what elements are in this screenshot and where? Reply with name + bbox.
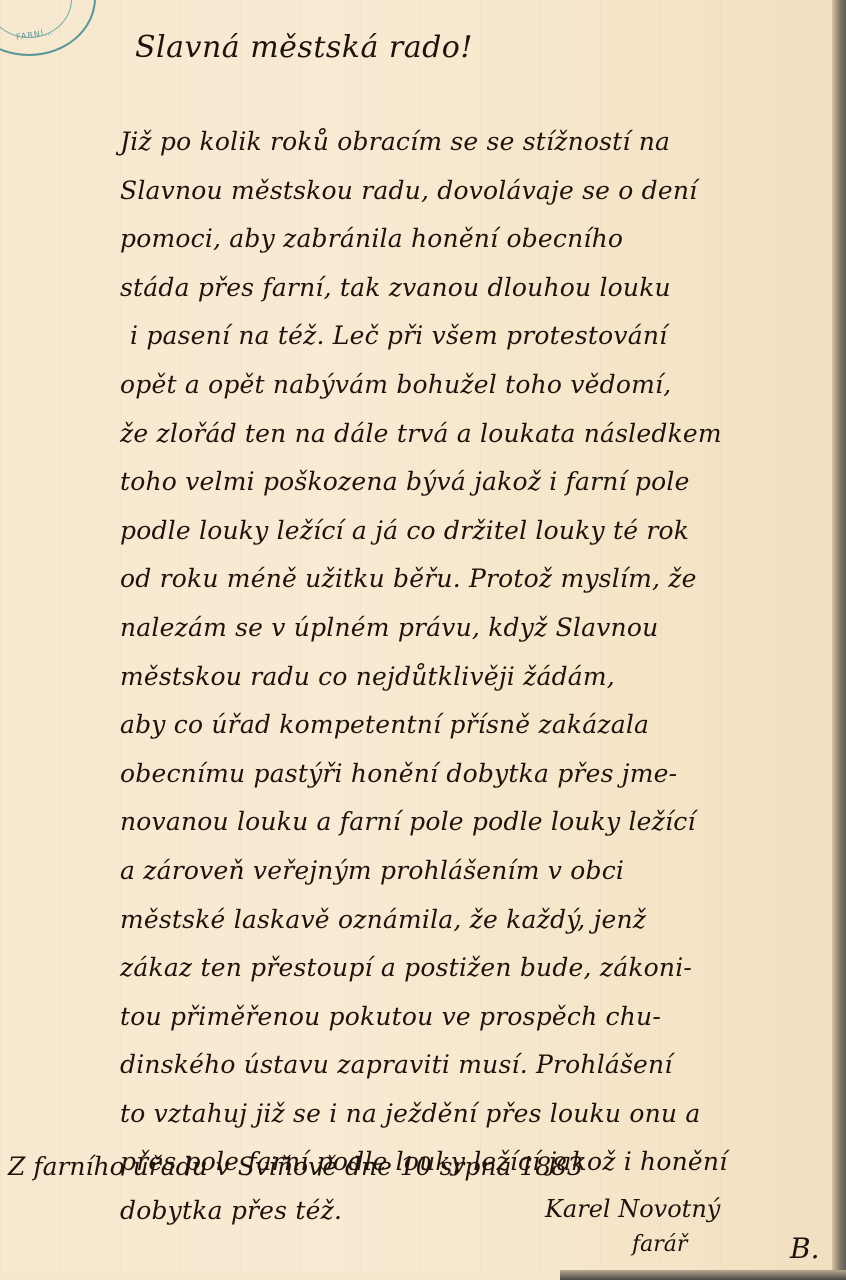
body-line: novanou louku a farní pole podle louky l… — [120, 802, 835, 851]
body-line: dobytka přes též. — [120, 1191, 835, 1240]
signature-title: farář — [632, 1232, 687, 1257]
dateline: Z farního úřadu v Sviňově dne 10 srpna 1… — [8, 1152, 583, 1181]
letter-page: FARNÍ… Slavná městská rado! Již po kolik… — [0, 0, 832, 1272]
body-line: a zároveň veřejným prohlášením v obci — [120, 851, 835, 900]
scan-edge-bottom — [560, 1270, 846, 1280]
body-line: dinského ústavu zapraviti musí. Prohláše… — [120, 1045, 835, 1094]
parish-stamp: FARNÍ… — [0, 0, 96, 56]
body-line: od roku méně užitku běřu. Protož myslím,… — [120, 559, 835, 608]
letter-body: Již po kolik roků obracím se se stížnost… — [120, 122, 835, 1240]
body-line: obecnímu pastýři honění dobytka přes jme… — [120, 754, 835, 803]
body-line: Slavnou městskou radu, dovolávaje se o d… — [120, 171, 835, 220]
body-line: aby co úřad kompetentní přísně zakázala — [120, 705, 835, 754]
body-line: i pasení na též. Leč při všem protestová… — [120, 316, 835, 365]
signature: Karel Novotný — [545, 1195, 720, 1223]
signature-flourish: B. — [790, 1232, 819, 1265]
body-line: že zlořád ten na dále trvá a loukata nás… — [120, 414, 835, 463]
body-line: Již po kolik roků obracím se se stížnost… — [120, 122, 835, 171]
body-line: městskou radu co nejdůtklivěji žádám, — [120, 657, 835, 706]
body-line: nalezám se v úplném právu, když Slavnou — [120, 608, 835, 657]
body-line: toho velmi poškozena bývá jakož i farní … — [120, 462, 835, 511]
body-line: to vztahuj již se i na ježdění přes louk… — [120, 1094, 835, 1143]
body-line: stáda přes farní, tak zvanou dlouhou lou… — [120, 268, 835, 317]
body-line: zákaz ten přestoupí a postižen bude, zák… — [120, 948, 835, 997]
salutation: Slavná městská rado! — [135, 30, 473, 65]
body-line: podle louky ležící a já co držitel louky… — [120, 511, 835, 560]
body-line: městské laskavě oznámila, že každý, jenž — [120, 900, 835, 949]
body-line: pomoci, aby zabránila honění obecního — [120, 219, 835, 268]
body-line: opět a opět nabývám bohužel toho vědomí, — [120, 365, 835, 414]
body-line: tou přiměřenou pokutou ve prospěch chu- — [120, 997, 835, 1046]
scan-edge-right — [832, 0, 846, 1280]
